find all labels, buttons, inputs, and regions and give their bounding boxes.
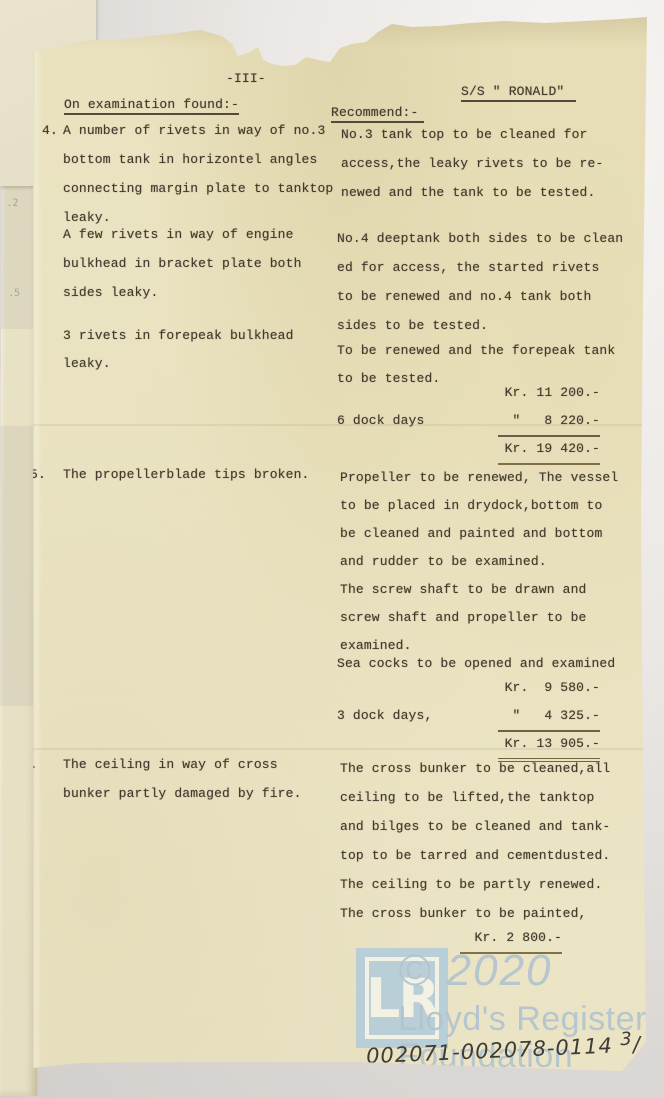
recommend-text: No.3 tank top to be cleaned for access,t… <box>341 120 603 207</box>
item-number: 4. <box>42 116 58 145</box>
recommend-text: The cross bunker to be cleaned,all ceili… <box>340 754 610 928</box>
watermark-copyright: © 2020 <box>398 946 553 996</box>
page-fraction-numerator: 3 <box>620 1029 633 1051</box>
recommend-text: No.4 deeptank both sides to be clean ed … <box>337 224 623 340</box>
recommend-text: Propeller to be renewed, The vessel to b… <box>340 464 618 660</box>
found-text: The ceiling in way of cross bunker partl… <box>63 750 302 808</box>
found-text: A few rivets in way of engine bulkhead i… <box>63 220 302 307</box>
cost-amount: " 8 220.- <box>498 407 600 437</box>
scan-background: .1 .2 .5 -III- S/S " RONALD" On examinat… <box>0 0 664 1098</box>
cost-total: Kr. 19 420.- <box>498 435 600 465</box>
vessel-name: S/S " RONALD" <box>461 84 576 102</box>
cost-amount: Kr. 9 580.- <box>498 674 600 702</box>
found-text: 3 rivets in forepeak bulkhead leaky. <box>63 322 294 378</box>
left-column-heading: On examination found:- <box>64 97 239 115</box>
bleedthrough-mark: .5 <box>8 288 20 299</box>
cost-amount: Kr. 11 200.- <box>498 379 600 407</box>
document-page: -III- S/S " RONALD" On examination found… <box>0 0 664 1098</box>
dock-days-label: 6 dock days <box>337 407 424 435</box>
found-text: The propellerblade tips broken. <box>63 460 310 489</box>
bleedthrough-shade <box>0 426 37 706</box>
page-fraction-denominator: 4 <box>641 1040 654 1062</box>
cost-amount: " 4 325.- <box>498 702 600 732</box>
found-text: A number of rivets in way of no.3 bottom… <box>63 116 333 232</box>
torn-edge-shadow <box>33 17 647 69</box>
dock-days-label: 3 dock days, <box>337 702 432 730</box>
page-number: -III- <box>226 64 266 93</box>
bleedthrough-mark: .2 <box>6 198 18 209</box>
